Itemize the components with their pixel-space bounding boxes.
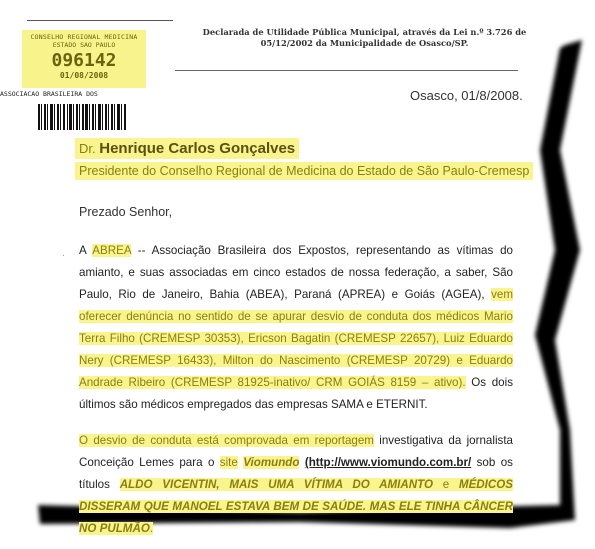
abrea-highlight: ABREA bbox=[92, 244, 131, 257]
margin-mark: . bbox=[62, 248, 65, 259]
addressee-name: Dr. Henrique Carlos Gonçalves bbox=[75, 138, 299, 159]
p2-conj: e bbox=[433, 478, 459, 491]
reportagem-highlight: O desvio de conduta está comprovada em r… bbox=[79, 434, 374, 447]
addressee-role: Presidente do Conselho Regional de Medic… bbox=[75, 162, 533, 180]
barcode-icon bbox=[38, 104, 126, 130]
declaration-header: Declarada de Utilidade Pública Municipal… bbox=[192, 27, 537, 49]
addressee-block: Dr. Henrique Carlos Gonçalves Presidente… bbox=[75, 138, 533, 180]
stamp-association: ASSOCIACAO BRASILEIRA DOS bbox=[0, 90, 98, 98]
stamp-org: CONSELHO REGIONAL MEDICINA bbox=[22, 33, 146, 41]
viomundo-link[interactable]: (http://www.viomundo.com.br/ bbox=[305, 456, 471, 469]
paragraph-denuncia: A ABREA -- Associação Brasileira dos Exp… bbox=[79, 240, 513, 416]
p1-text-a: A bbox=[79, 244, 92, 257]
addressee-title: Dr. bbox=[79, 141, 96, 156]
p2-end: . bbox=[150, 522, 153, 535]
p1-text-b: -- Associação Brasileira dos Expostos, r… bbox=[79, 244, 513, 301]
addressee-fullname: Henrique Carlos Gonçalves bbox=[99, 140, 295, 157]
place-date: Osasco, 01/8/2008. bbox=[410, 88, 523, 103]
protocol-stamp: CONSELHO REGIONAL MEDICINA ESTADO SAO PA… bbox=[22, 30, 146, 88]
stamp-date: 01/08/2008 bbox=[22, 71, 146, 80]
header-rule bbox=[175, 70, 518, 71]
stamp-state: ESTADO SAO PAULO bbox=[22, 41, 146, 49]
salutation: Prezado Senhor, bbox=[79, 205, 172, 219]
stamp-number: 096142 bbox=[22, 51, 146, 71]
site-label: site bbox=[220, 456, 238, 469]
letter-page: CONSELHO REGIONAL MEDICINA ESTADO SAO PA… bbox=[0, 0, 595, 549]
denuncia-highlight: vem oferecer denúncia no sentido de se a… bbox=[79, 288, 513, 389]
paragraph-reportagem: O desvio de conduta está comprovada em r… bbox=[79, 430, 513, 540]
top-rule bbox=[27, 20, 173, 21]
article-title-1: ALDO VICENTIN, MAIS UMA VÍTIMA DO AMIANT… bbox=[120, 478, 433, 491]
site-name: Viomundo bbox=[243, 456, 299, 469]
